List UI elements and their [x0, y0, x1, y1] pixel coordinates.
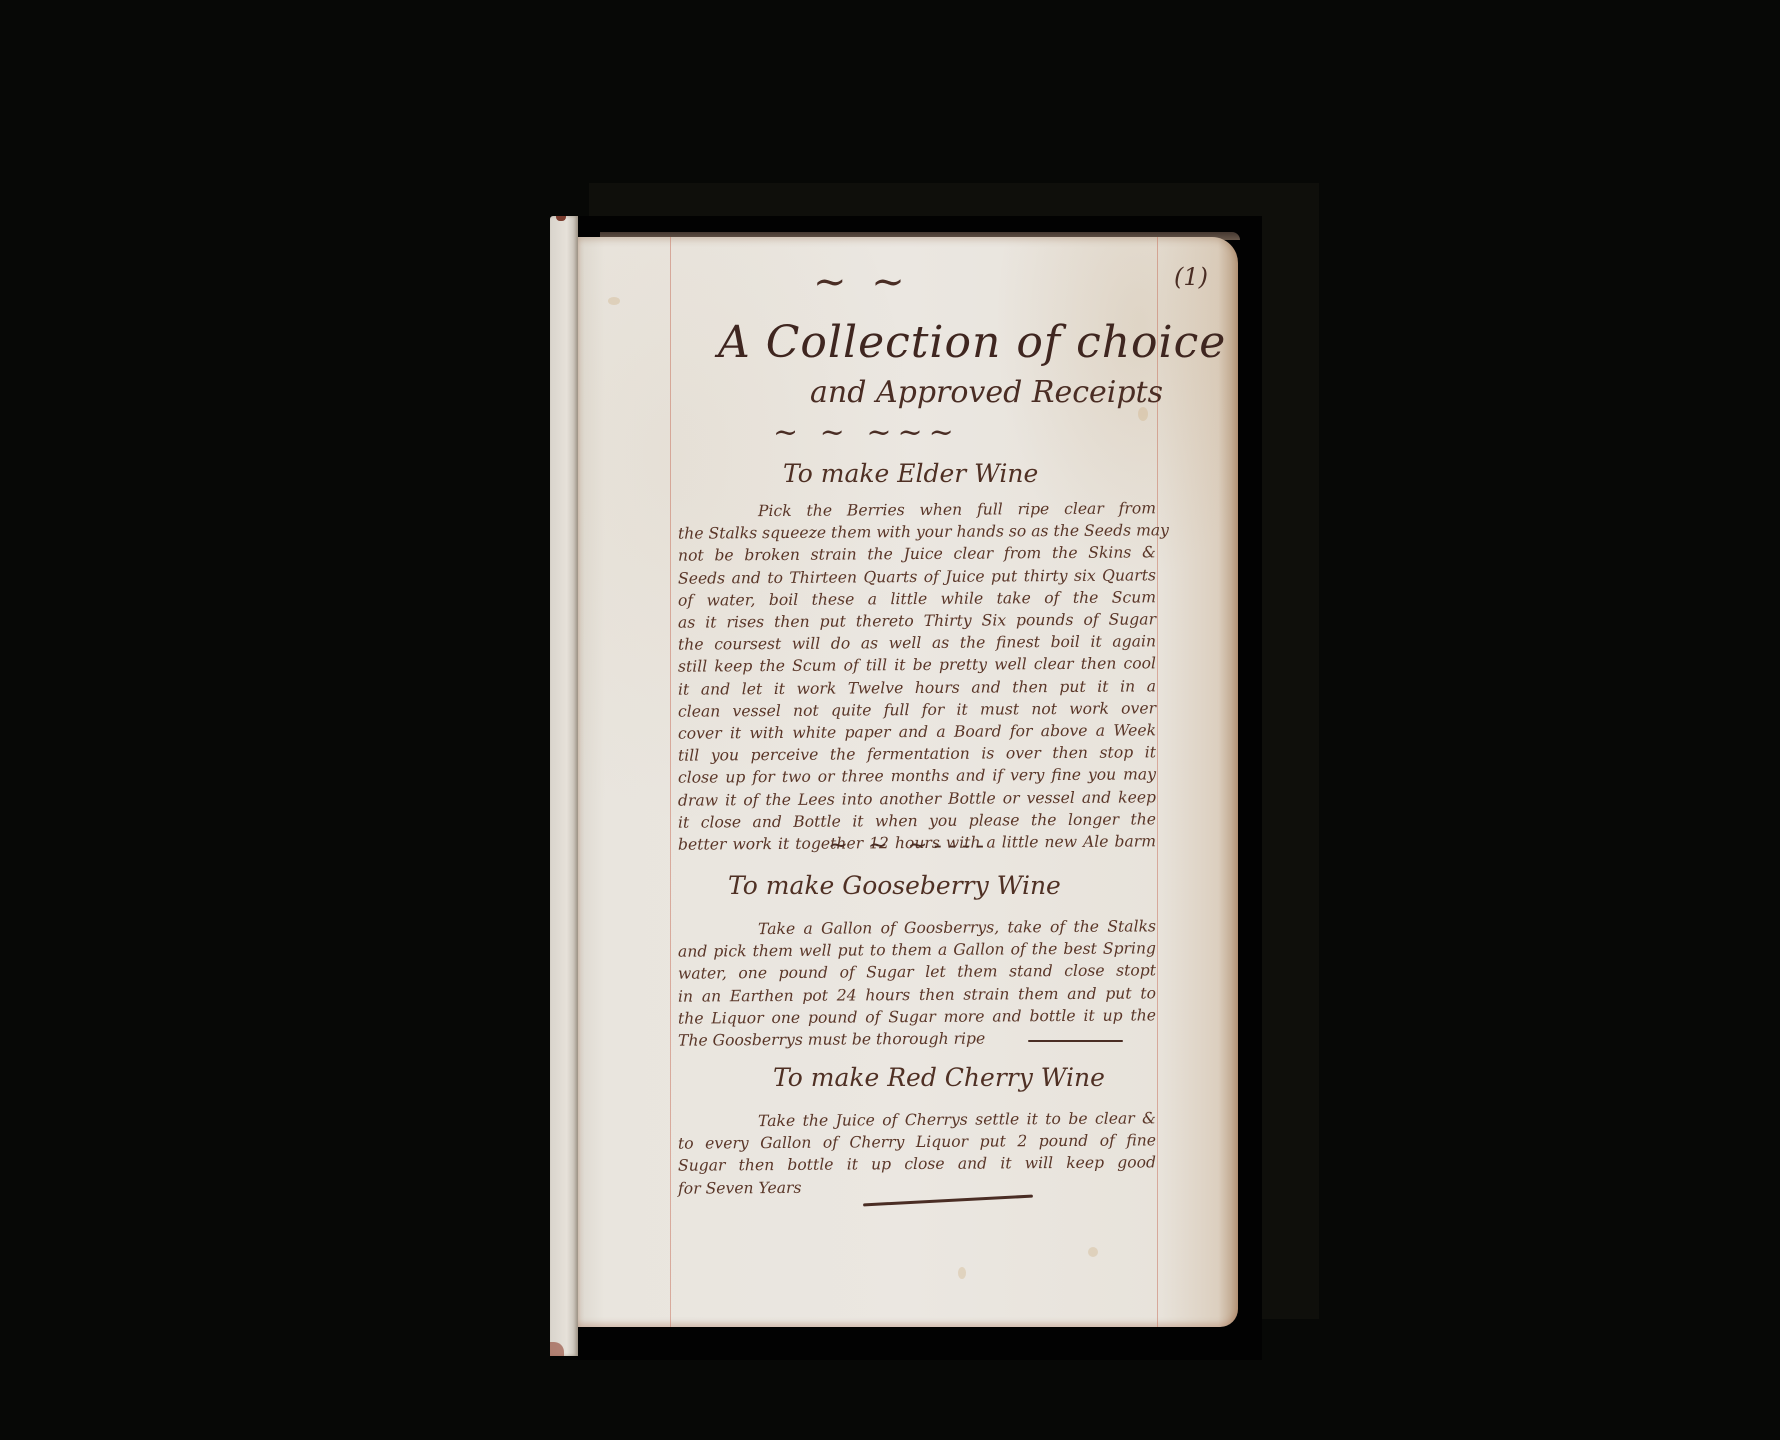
text-line: Sugar then bottle it up close and it wil… [678, 1152, 1156, 1178]
title-bottom-flourish: ~ ~ ~~~ [773, 415, 960, 450]
recipe-heading: To make Gooseberry Wine [728, 871, 1061, 900]
recipe-body: Take a Gallon of Goosberrys, take of the… [678, 917, 1156, 1050]
paper-stain [608, 297, 620, 305]
recipe-body: Take the Juice of Cherrys settle it to b… [678, 1109, 1156, 1198]
text-line: water, one pound of Sugar let them stand… [678, 960, 1156, 986]
recipe-body: Pick the Berries when full ripe clear fr… [678, 499, 1156, 854]
text-line: Seeds and to Thirteen Quarts of Juice pu… [678, 564, 1156, 590]
manuscript-page: (1) ~ ~ A Collection of choice and Appro… [578, 237, 1238, 1327]
page-number: (1) [1174, 263, 1208, 291]
section-divider-flourish: ~ ~ ~---- [828, 831, 990, 859]
text-line: in an Earthen pot 24 hours then strain t… [678, 982, 1156, 1008]
paper-stain [958, 1267, 966, 1279]
viewer-stage: (1) ~ ~ A Collection of choice and Appro… [0, 0, 1780, 1440]
title-line-1: A Collection of choice [718, 317, 1226, 368]
text-line: for Seven Years [678, 1174, 1156, 1200]
recipe-heading: To make Red Cherry Wine [773, 1063, 1105, 1092]
text-line: draw it of the Lees into another Bottle … [678, 786, 1156, 812]
title-line-2: and Approved Receipts [810, 375, 1163, 410]
text-line: it and let it work Twelve hours and then… [678, 675, 1156, 701]
text-line: still keep the Scum of till it be pretty… [678, 653, 1156, 679]
left-page-edge [550, 216, 578, 1356]
text-line: not be broken strain the Juice clear fro… [678, 542, 1156, 568]
recipe-heading: To make Elder Wine [783, 459, 1038, 488]
section-end-rule [1028, 1040, 1123, 1042]
left-margin-rule [670, 237, 671, 1327]
title-top-flourish: ~ ~ [813, 259, 911, 305]
paper-stain [1088, 1247, 1098, 1257]
text-line: close up for two or three months and if … [678, 764, 1156, 790]
